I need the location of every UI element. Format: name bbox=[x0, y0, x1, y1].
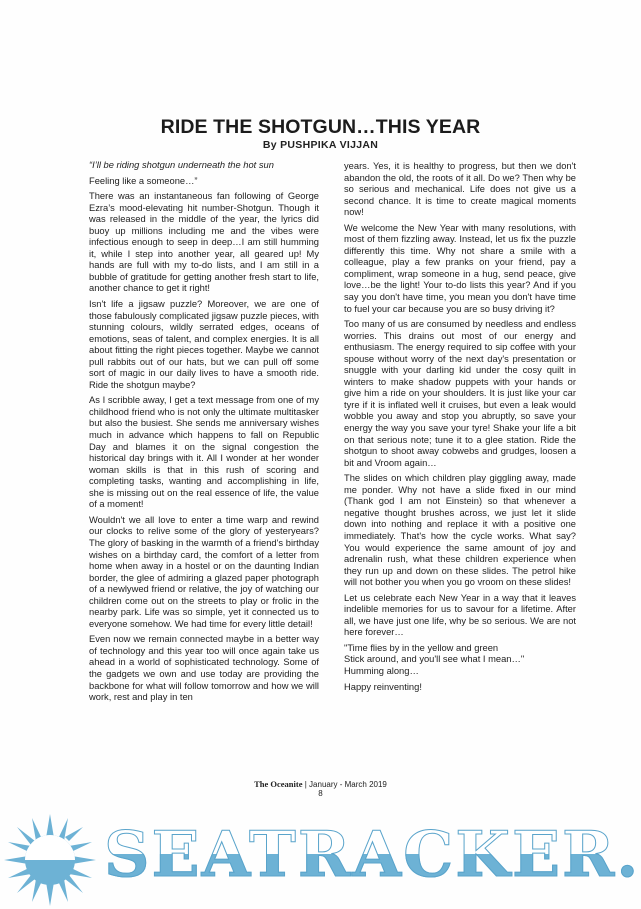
page-number: 8 bbox=[0, 789, 641, 798]
paragraph: The slides on which children play giggli… bbox=[344, 473, 576, 588]
closing-lyric-line-1: "Time flies by in the yellow and green bbox=[344, 643, 576, 655]
paragraph: Too many of us are consumed by needless … bbox=[344, 319, 576, 469]
humming-line: Humming along… bbox=[344, 666, 576, 678]
article-title: RIDE THE SHOTGUN…THIS YEAR bbox=[0, 116, 641, 139]
article-byline: By PUSHPIKA VIJJAN bbox=[0, 139, 641, 151]
watermark-text: SEATRACKER.RU bbox=[104, 818, 641, 890]
paragraph: We welcome the New Year with many resolu… bbox=[344, 223, 576, 315]
page-footer: The Oceanite | January - March 2019 8 bbox=[0, 780, 641, 798]
opening-lyric-line-1: “I’ll be riding shotgun underneath the h… bbox=[89, 160, 319, 172]
paragraph: As I scribble away, I get a text message… bbox=[89, 395, 319, 510]
sun-icon bbox=[2, 812, 98, 908]
magazine-page: RIDE THE SHOTGUN…THIS YEAR By PUSHPIKA V… bbox=[0, 0, 641, 909]
opening-lyric-line-2: Feeling like a someone…” bbox=[89, 176, 319, 188]
magazine-name: The Oceanite bbox=[254, 779, 302, 789]
issue-date: January - March 2019 bbox=[309, 780, 387, 789]
paragraph: Even now we remain connected maybe in a … bbox=[89, 634, 319, 703]
paragraph: Wouldn't we all love to enter a time war… bbox=[89, 515, 319, 630]
left-column: “I’ll be riding shotgun underneath the h… bbox=[89, 160, 319, 708]
paragraph: Let us celebrate each New Year in a way … bbox=[344, 593, 576, 639]
paragraph: Isn't life a jigsaw puzzle? Moreover, we… bbox=[89, 299, 319, 391]
closing-lyric-line-2: Stick around, and you'll see what I mean… bbox=[344, 654, 576, 666]
watermark: SEATRACKER.RU bbox=[0, 812, 641, 907]
paragraph: There was an instantaneous fan following… bbox=[89, 191, 319, 295]
signoff: Happy reinventing! bbox=[344, 682, 576, 694]
paragraph: years. Yes, it is healthy to progress, b… bbox=[344, 161, 576, 219]
right-column: years. Yes, it is healthy to progress, b… bbox=[344, 161, 576, 697]
